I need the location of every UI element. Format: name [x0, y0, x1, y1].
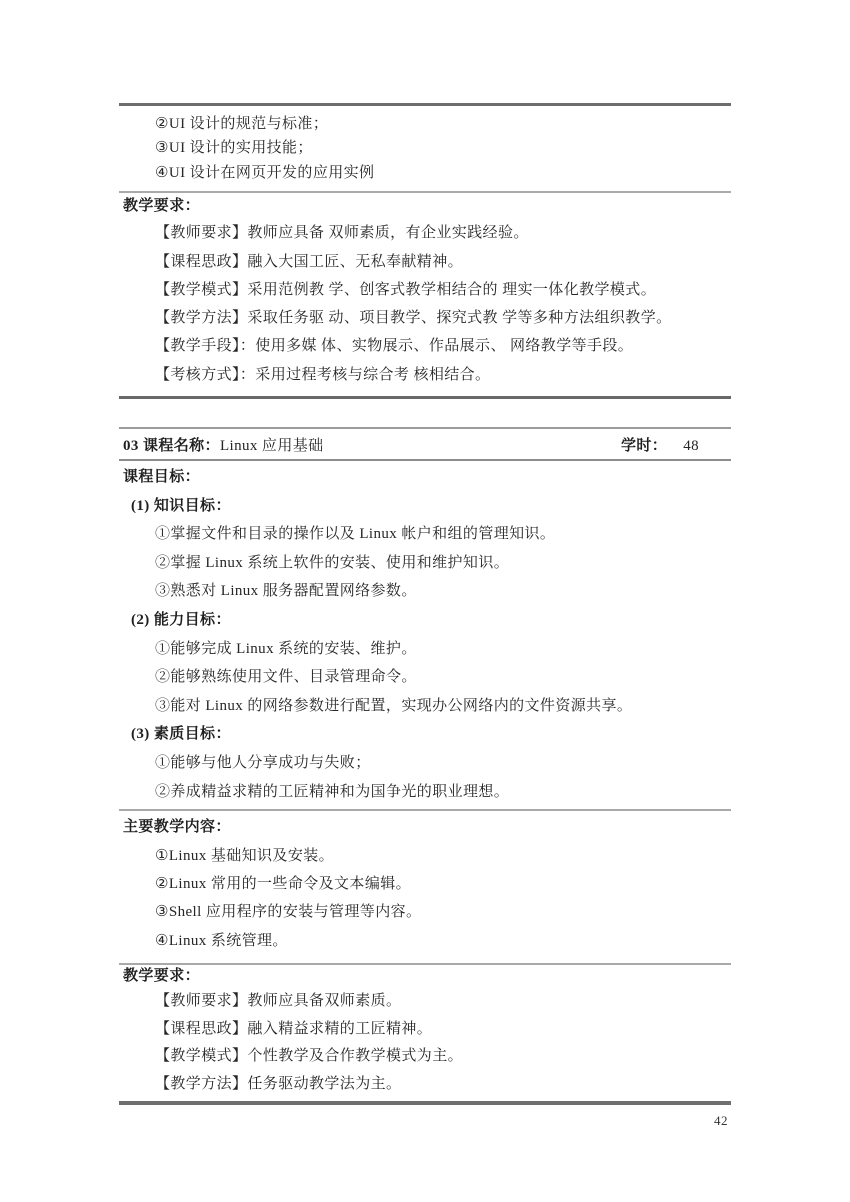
list-item: 【考核方式】：采用过程考核与综合考 核相结合。 [123, 361, 729, 389]
course-hours-value: 48 [683, 438, 699, 455]
objective-group-label: (1) 知识目标： [123, 492, 729, 521]
document-page: ②UI 设计的规范与标准； ③UI 设计的实用技能； ④UI 设计在网页开发的应… [0, 0, 850, 1202]
list-item: ②掌握 Linux 系统上软件的安装、使用和维护知识。 [123, 549, 729, 578]
list-item: 【教学手段】：使用多媒 体、实物展示、作品展示、 网络教学等手段。 [123, 332, 729, 360]
list-item: 【教师要求】教师应具备 双师素质，有企业实践经验。 [123, 219, 729, 247]
list-item: ④UI 设计在网页开发的应用实例 [123, 161, 729, 186]
list-item: ③熟悉对 Linux 服务器配置网络参数。 [123, 577, 729, 606]
list-item: 【教学模式】采用范例教 学、创客式教学相结合的 理实一体化教学模式。 [123, 276, 729, 304]
list-item: ③UI 设计的实用技能； [123, 136, 729, 161]
divider [119, 396, 731, 399]
course-hours-label: 学时： [621, 438, 667, 454]
list-item: 【教学方法】采取任务驱 动、项目教学、探究式教 学等多种方法组织教学。 [123, 304, 729, 332]
list-item: 【教师要求】教师应具备双师素质。 [123, 988, 729, 1016]
list-item: ②养成精益求精的工匠精神和为国争光的职业理想。 [123, 778, 729, 807]
course03-title-row: 03 课程名称：Linux 应用基础 学时：48 [119, 429, 731, 459]
list-item: ①掌握文件和目录的操作以及 Linux 帐户和组的管理知识。 [123, 520, 729, 549]
list-item: ④Linux 系统管理。 [123, 927, 729, 955]
list-item: 【教学方法】任务驱动教学法为主。 [123, 1071, 729, 1099]
course03-content-section: 主要教学内容： ①Linux 基础知识及安装。 ②Linux 常用的一些命令及文… [119, 811, 731, 963]
divider [119, 1101, 731, 1105]
list-item: ③能对 Linux 的网络参数进行配置，实现办公网络内的文件资源共享。 [123, 692, 729, 721]
course03-requirements-section: 教学要求： 【教师要求】教师应具备双师素质。 【课程思政】融入精益求精的工匠精神… [119, 965, 731, 1101]
list-item: ③Shell 应用程序的安装与管理等内容。 [123, 898, 729, 926]
course02-content-section: ②UI 设计的规范与标准； ③UI 设计的实用技能； ④UI 设计在网页开发的应… [119, 106, 731, 192]
list-item: ②UI 设计的规范与标准； [123, 112, 729, 137]
course-hours: 学时：48 [621, 434, 729, 455]
course-title-label: 03 课程名称： [123, 438, 220, 454]
list-item: 【课程思政】融入大国工匠、无私奉献精神。 [123, 248, 729, 276]
list-item: 【教学模式】个性教学及合作教学模式为主。 [123, 1043, 729, 1071]
course-title-value: Linux 应用基础 [220, 438, 324, 454]
list-item: ①Linux 基础知识及安装。 [123, 842, 729, 870]
list-item: 【课程思政】融入精益求精的工匠精神。 [123, 1016, 729, 1044]
list-item: ①能够与他人分享成功与失败； [123, 749, 729, 778]
section-heading: 课程目标： [123, 463, 729, 492]
list-item: ②能够熟练使用文件、目录管理命令。 [123, 663, 729, 692]
objective-group-label: (3) 素质目标： [123, 720, 729, 749]
section-heading: 主要教学内容： [123, 813, 729, 841]
section-heading: 教学要求： [123, 965, 729, 988]
course02-requirements-section: 教学要求： 【教师要求】教师应具备 双师素质，有企业实践经验。 【课程思政】融入… [119, 193, 731, 396]
page-number: 42 [714, 1113, 728, 1129]
section-heading: 教学要求： [123, 193, 729, 219]
course03-objectives-section: 课程目标： (1) 知识目标： ①掌握文件和目录的操作以及 Linux 帐户和组… [119, 461, 731, 809]
course-title: 03 课程名称：Linux 应用基础 [123, 434, 621, 455]
objective-group-label: (2) 能力目标： [123, 606, 729, 635]
list-item: ②Linux 常用的一些命令及文本编辑。 [123, 870, 729, 898]
list-item: ①能够完成 Linux 系统的安装、维护。 [123, 635, 729, 664]
document-body: ②UI 设计的规范与标准； ③UI 设计的实用技能； ④UI 设计在网页开发的应… [119, 103, 731, 1105]
